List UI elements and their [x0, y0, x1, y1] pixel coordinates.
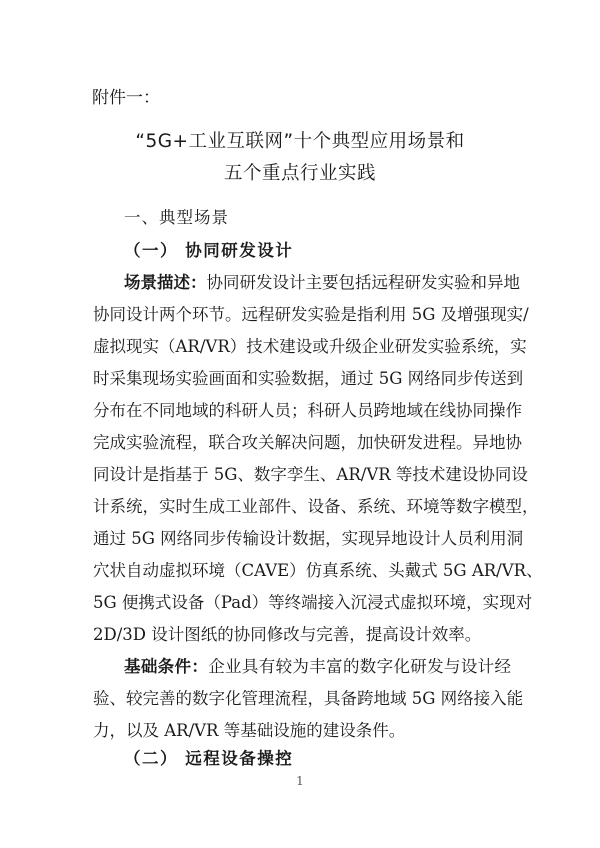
paragraph-line: 通过 5G 网络同步传输设计数据，实现异地设计人员利用洞 — [93, 525, 511, 549]
document-title-line-1: “5G+工业互联网”十个典型应用场景和 — [0, 127, 600, 153]
paragraph-line: 2D/3D 设计图纸的协同修改与完善，提高设计效率。 — [93, 621, 511, 645]
basic-conditions-label: 基础条件： — [124, 657, 208, 676]
paragraph-line: 完成实验流程，联合攻关解决问题，加快研发进程。异地协 — [93, 429, 511, 453]
attachment-label: 附件一： — [92, 83, 160, 108]
paragraph-line: 时采集现场实验画面和实验数据，通过 5G 网络同步传送到 — [93, 365, 511, 389]
section-heading-typical-scenarios: 一、典型场景 — [124, 204, 229, 228]
subsection-heading-remote-equipment-control: （二） 远程设备操控 — [124, 745, 293, 769]
paragraph-line: 分布在不同地域的科研人员；科研人员跨地域在线协同操作 — [93, 397, 511, 421]
page-number: 1 — [0, 774, 600, 788]
scene-description-label: 场景描述： — [124, 273, 207, 292]
subsection-heading-collaborative-rd: （一） 协同研发设计 — [124, 237, 293, 261]
document-title-line-2: 五个重点行业实践 — [0, 159, 600, 185]
paragraph-line: 场景描述：协同研发设计主要包括远程研发实验和异地 — [124, 269, 511, 293]
paragraph-line: 计系统，实时生成工业部件、设备、系统、环境等数字模型， — [93, 493, 511, 517]
paragraph-line: 同设计是指基于 5G、数字孪生、AR/VR 等技术建设协同设 — [93, 461, 511, 485]
paragraph-line: 基础条件：企业具有较为丰富的数字化研发与设计经 — [124, 653, 511, 677]
document-page: 附件一： “5G+工业互联网”十个典型应用场景和 五个重点行业实践 一、典型场景… — [0, 0, 600, 848]
paragraph-line: 验、较完善的数字化管理流程，具备跨地域 5G 网络接入能 — [93, 685, 511, 709]
paragraph-line: 虚拟现实（AR/VR）技术建设或升级企业研发实验系统，实 — [93, 333, 511, 357]
paragraph-line: 力，以及 AR/VR 等基础设施的建设条件。 — [93, 717, 511, 741]
paragraph-line: 协同设计两个环节。远程研发实验是指利用 5G 及增强现实/ — [93, 301, 511, 325]
paragraph-line: 5G 便携式设备（Pad）等终端接入沉浸式虚拟环境，实现对 — [93, 589, 511, 613]
paragraph-line: 穴状自动虚拟环境（CAVE）仿真系统、头戴式 5G AR/VR、 — [93, 557, 511, 581]
